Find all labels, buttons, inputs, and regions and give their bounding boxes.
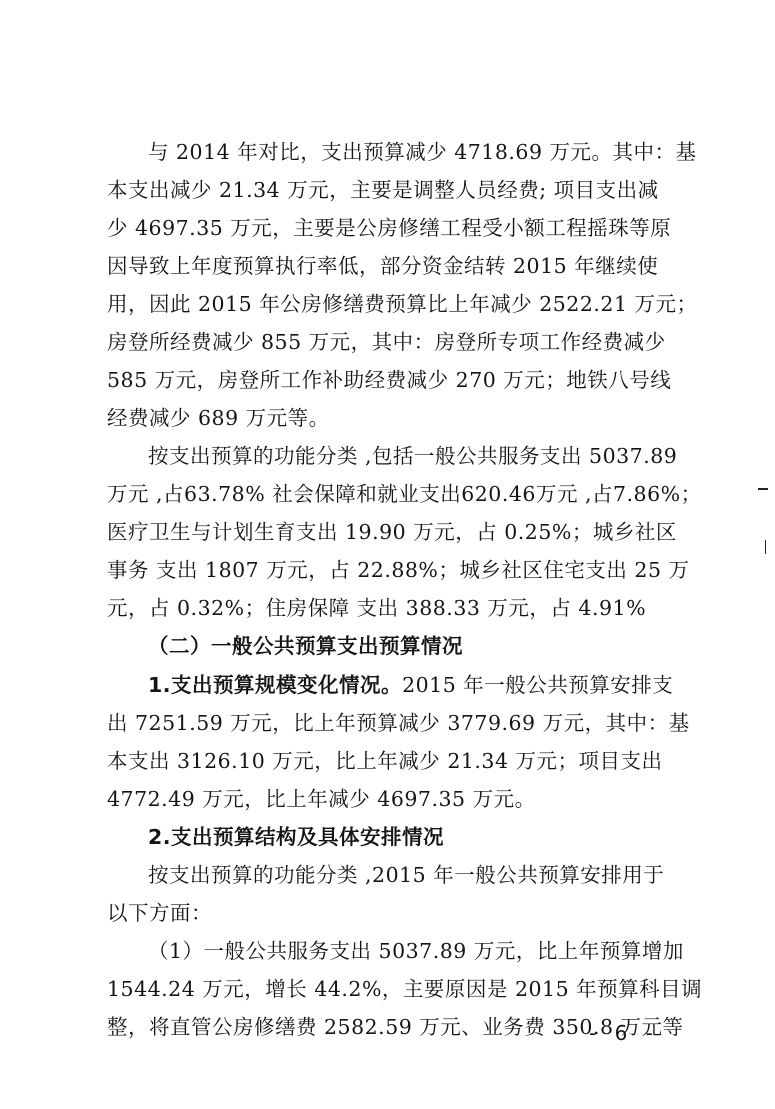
section-heading: （二）一般公共预算支出预算情况	[148, 631, 693, 661]
line-text: 因导致上年度预算执行率低，部分资金结转 2015 年继续使	[107, 254, 658, 278]
text-line: 按支出预算的功能分类 ,2015 年一般公共预算安排用于	[148, 860, 693, 890]
line-text: 元，占 0.32%；住房保障 支出 388.33 万元，占 4.91%	[107, 596, 646, 620]
line-text: 以下方面：	[107, 901, 212, 925]
text-line: 因导致上年度预算执行率低，部分资金结转 2015 年继续使	[107, 251, 652, 281]
text-line: 按支出预算的功能分类 ,包括一般公共服务支出 5037.89	[148, 441, 693, 471]
line-text: 按支出预算的功能分类 ,包括一般公共服务支出 5037.89	[148, 444, 677, 468]
line-text: 与 2014 年对比，支出预算减少 4718.69 万元。其中：基	[148, 140, 697, 164]
line-text: 用，因此 2015 年公房修缮费预算比上年减少 2522.21 万元；	[107, 292, 698, 316]
scan-mark	[765, 540, 766, 554]
text-line: 医疗卫生与计划生育支出 19.90 万元，占 0.25%；城乡社区	[107, 517, 652, 547]
line-text: 万元 ,占63.78% 社会保障和就业支出620.46万元 ,占7.86%；	[107, 482, 702, 506]
text-line: 1544.24 万元，增长 44.2%，主要原因是 2015 年预算科目调	[107, 974, 652, 1004]
line-text: 4772.49 万元，比上年减少 4697.35 万元。	[107, 787, 536, 811]
text-line: 元，占 0.32%；住房保障 支出 388.33 万元，占 4.91%	[107, 593, 652, 623]
section-heading: 2.支出预算结构及具体安排情况	[148, 822, 693, 852]
text-line: 1.支出预算规模变化情况。2015 年一般公共预算安排支	[148, 670, 693, 700]
text-line: 整，将直管公房修缮费 2582.59 万元、业务费 350.8 万元等	[107, 1012, 652, 1042]
inline-heading: 1.支出预算规模变化情况。	[148, 673, 402, 697]
line-text: 本支出 3126.10 万元，比上年减少 21.34 万元；项目支出	[107, 749, 663, 773]
text-line: （1）一般公共服务支出 5037.89 万元，比上年预算增加	[148, 936, 693, 966]
text-line: 出 7251.59 万元，比上年预算减少 3779.69 万元，其中：基	[107, 708, 652, 738]
text-line: 4772.49 万元，比上年减少 4697.35 万元。	[107, 784, 652, 814]
line-text: 少 4697.35 万元，主要是公房修缮工程受小额工程摇珠等原	[107, 216, 671, 240]
line-text: 按支出预算的功能分类 ,2015 年一般公共预算安排用于	[148, 863, 664, 887]
line-text: （1）一般公共服务支出 5037.89 万元，比上年预算增加	[148, 939, 684, 963]
text-line: 以下方面：	[107, 898, 652, 928]
line-text: 1544.24 万元，增长 44.2%，主要原因是 2015 年预算科目调	[107, 977, 702, 1001]
text-line: 用，因此 2015 年公房修缮费预算比上年减少 2522.21 万元；	[107, 289, 652, 319]
line-text: 事务 支出 1807 万元，占 22.88%；城乡社区住宅支出 25 万	[107, 558, 690, 582]
line-text: 2.支出预算结构及具体安排情况	[148, 825, 444, 849]
text-line: 本支出减少 21.34 万元，主要是调整人员经费; 项目支出减	[107, 175, 652, 205]
line-text: 本支出减少 21.34 万元，主要是调整人员经费; 项目支出减	[107, 178, 659, 202]
text-line: 经费减少 689 万元等。	[107, 403, 652, 433]
text-line: 本支出 3126.10 万元，比上年减少 21.34 万元；项目支出	[107, 746, 652, 776]
text-line: 事务 支出 1807 万元，占 22.88%；城乡社区住宅支出 25 万	[107, 555, 652, 585]
document-page: 与 2014 年对比，支出预算减少 4718.69 万元。其中：基本支出减少 2…	[0, 0, 775, 1109]
line-text: 房登所经费减少 855 万元，其中：房登所专项工作经费减少	[107, 330, 666, 354]
text-line: 万元 ,占63.78% 社会保障和就业支出620.46万元 ,占7.86%；	[107, 479, 652, 509]
page-number: - 6 -	[589, 1021, 659, 1045]
line-text: 经费减少 689 万元等。	[107, 406, 330, 430]
text-line: 585 万元，房登所工作补助经费减少 270 万元；地铁八号线	[107, 365, 652, 395]
text-line: 房登所经费减少 855 万元，其中：房登所专项工作经费减少	[107, 327, 652, 357]
line-text: 585 万元，房登所工作补助经费减少 270 万元；地铁八号线	[107, 368, 671, 392]
line-text: 医疗卫生与计划生育支出 19.90 万元，占 0.25%；城乡社区	[107, 520, 677, 544]
text-line: 与 2014 年对比，支出预算减少 4718.69 万元。其中：基	[148, 137, 693, 167]
line-text: （二）一般公共预算支出预算情况	[148, 634, 463, 658]
scan-mark	[758, 488, 768, 490]
line-text: 2015 年一般公共预算安排支	[402, 673, 673, 697]
text-line: 少 4697.35 万元，主要是公房修缮工程受小额工程摇珠等原	[107, 213, 652, 243]
line-text: 出 7251.59 万元，比上年预算减少 3779.69 万元，其中：基	[107, 711, 690, 735]
